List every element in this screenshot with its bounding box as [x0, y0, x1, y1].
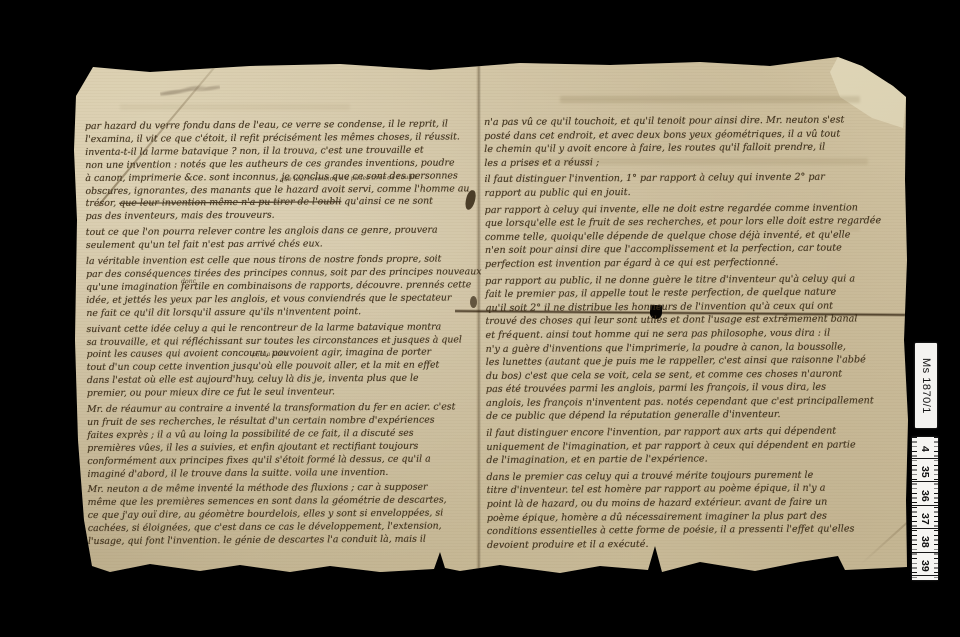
manuscript-paper: par hazard du verre fondu dans de l'eau,… — [0, 0, 960, 637]
manuscript-line: pas des inventeurs, mais des trouveurs. — [86, 209, 478, 225]
manuscript-line: seulement qu'un tel fait n'est pas arriv… — [86, 237, 478, 253]
manuscript-line: rapport au public qui en jouit. — [484, 184, 910, 201]
ruler-number: 36 — [919, 485, 931, 507]
ruler-number: 37 — [919, 508, 931, 530]
ruler-number: 38 — [919, 531, 931, 553]
measuring-ruler: 4 35 36 37 38 39 — [912, 437, 938, 580]
line-text: qu'ainsi ce ne sont — [341, 196, 433, 208]
manuscript-line: premier, ou pour mieux dire ce fut le se… — [87, 385, 479, 401]
manuscript-line: de l'imagination, et en partie de l'expé… — [486, 451, 912, 468]
manuscript-line: de ce public que dépend la réputation ge… — [486, 407, 912, 424]
ink-bleedthrough — [560, 96, 860, 103]
manuscript-right-column: n'a pas vû ce qu'il touchoit, et qu'il t… — [484, 113, 913, 552]
catalog-label: Ms 1870/1 — [915, 343, 937, 428]
struck-text: que leur invention même n'a pu tirer de … — [119, 197, 341, 210]
ruler-number: 39 — [919, 555, 931, 577]
manuscript-line: les a prises et a réussi ; — [484, 154, 910, 171]
ruler-number: 35 — [919, 461, 931, 483]
interlinear-insert: donc — [181, 279, 196, 285]
manuscript-line: perfection est invention par égard à ce … — [485, 255, 911, 272]
manuscript-line: devoient produire et il a exécuté. — [487, 536, 913, 553]
interlinear-insert: par la suite — [252, 352, 288, 359]
catalog-label-text: Ms 1870/1 — [920, 358, 932, 414]
ruler-number: 4 — [919, 438, 931, 460]
manuscript-line: ne fait ce qu'il dit lorsqu'il assure qu… — [86, 305, 478, 321]
manuscript-line: l'usage, qui font l'invention. le génie … — [88, 533, 480, 549]
line-text: trésor, — [86, 198, 120, 209]
ink-bleedthrough — [120, 104, 350, 110]
manuscript-line: imaginé d'abord, il le trouve dans la su… — [87, 466, 479, 482]
